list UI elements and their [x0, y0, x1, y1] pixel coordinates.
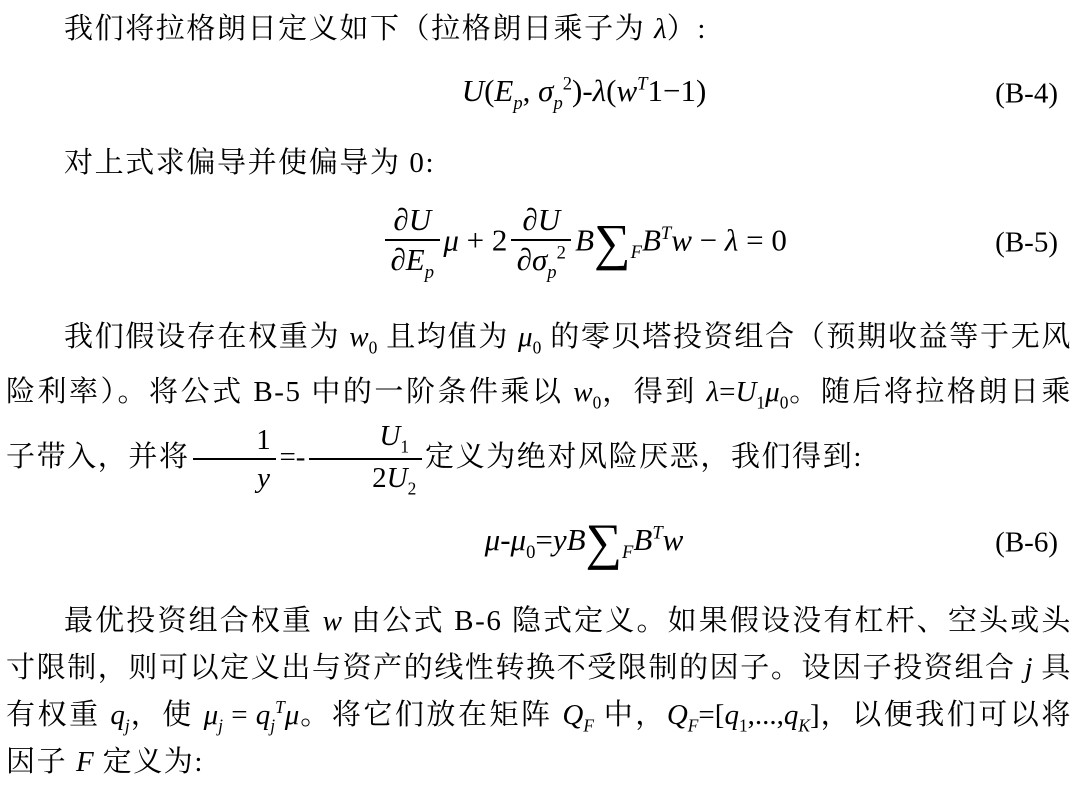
equation-b4-formula: U(Ep, σp2)-λ(wT1−1)	[372, 73, 707, 115]
equation-b5-formula: ∂U∂Epμ + 2∂U∂σp2B∑FBTw − λ = 0	[291, 203, 787, 283]
equation-b6-formula: μ-μ0=yB∑FBTw	[395, 522, 684, 564]
paragraph-partial-derivative: 对上式求偏导并使偏导为 0:	[6, 140, 1072, 187]
equation-b5-number: (B-5)	[995, 226, 1058, 259]
equation-b6: μ-μ0=yB∑FBTw (B-6)	[6, 501, 1072, 585]
paragraph-optimal-weights: 最优投资组合权重 w 由公式 B-6 隐式定义。如果假设没有杠杆、空头或头寸限制…	[6, 598, 1072, 786]
equation-b6-number: (B-6)	[995, 526, 1058, 559]
paragraph-lagrangian-intro: 我们将拉格朗日定义如下（拉格朗日乘子为 λ）:	[6, 6, 1072, 53]
document-page: 我们将拉格朗日定义如下（拉格朗日乘子为 λ）: U(Ep, σp2)-λ(wT1…	[0, 0, 1080, 798]
equation-b5: ∂U∂Epμ + 2∂U∂σp2B∑FBTw − λ = 0 (B-5)	[6, 189, 1072, 297]
equation-b4-number: (B-4)	[995, 77, 1058, 110]
paragraph-zero-beta: 我们假设存在权重为 w0 且均值为 μ0 的零贝塔投资组合（预期收益等于无风险利…	[6, 310, 1072, 499]
equation-b4: U(Ep, σp2)-λ(wT1−1) (B-4)	[6, 57, 1072, 131]
